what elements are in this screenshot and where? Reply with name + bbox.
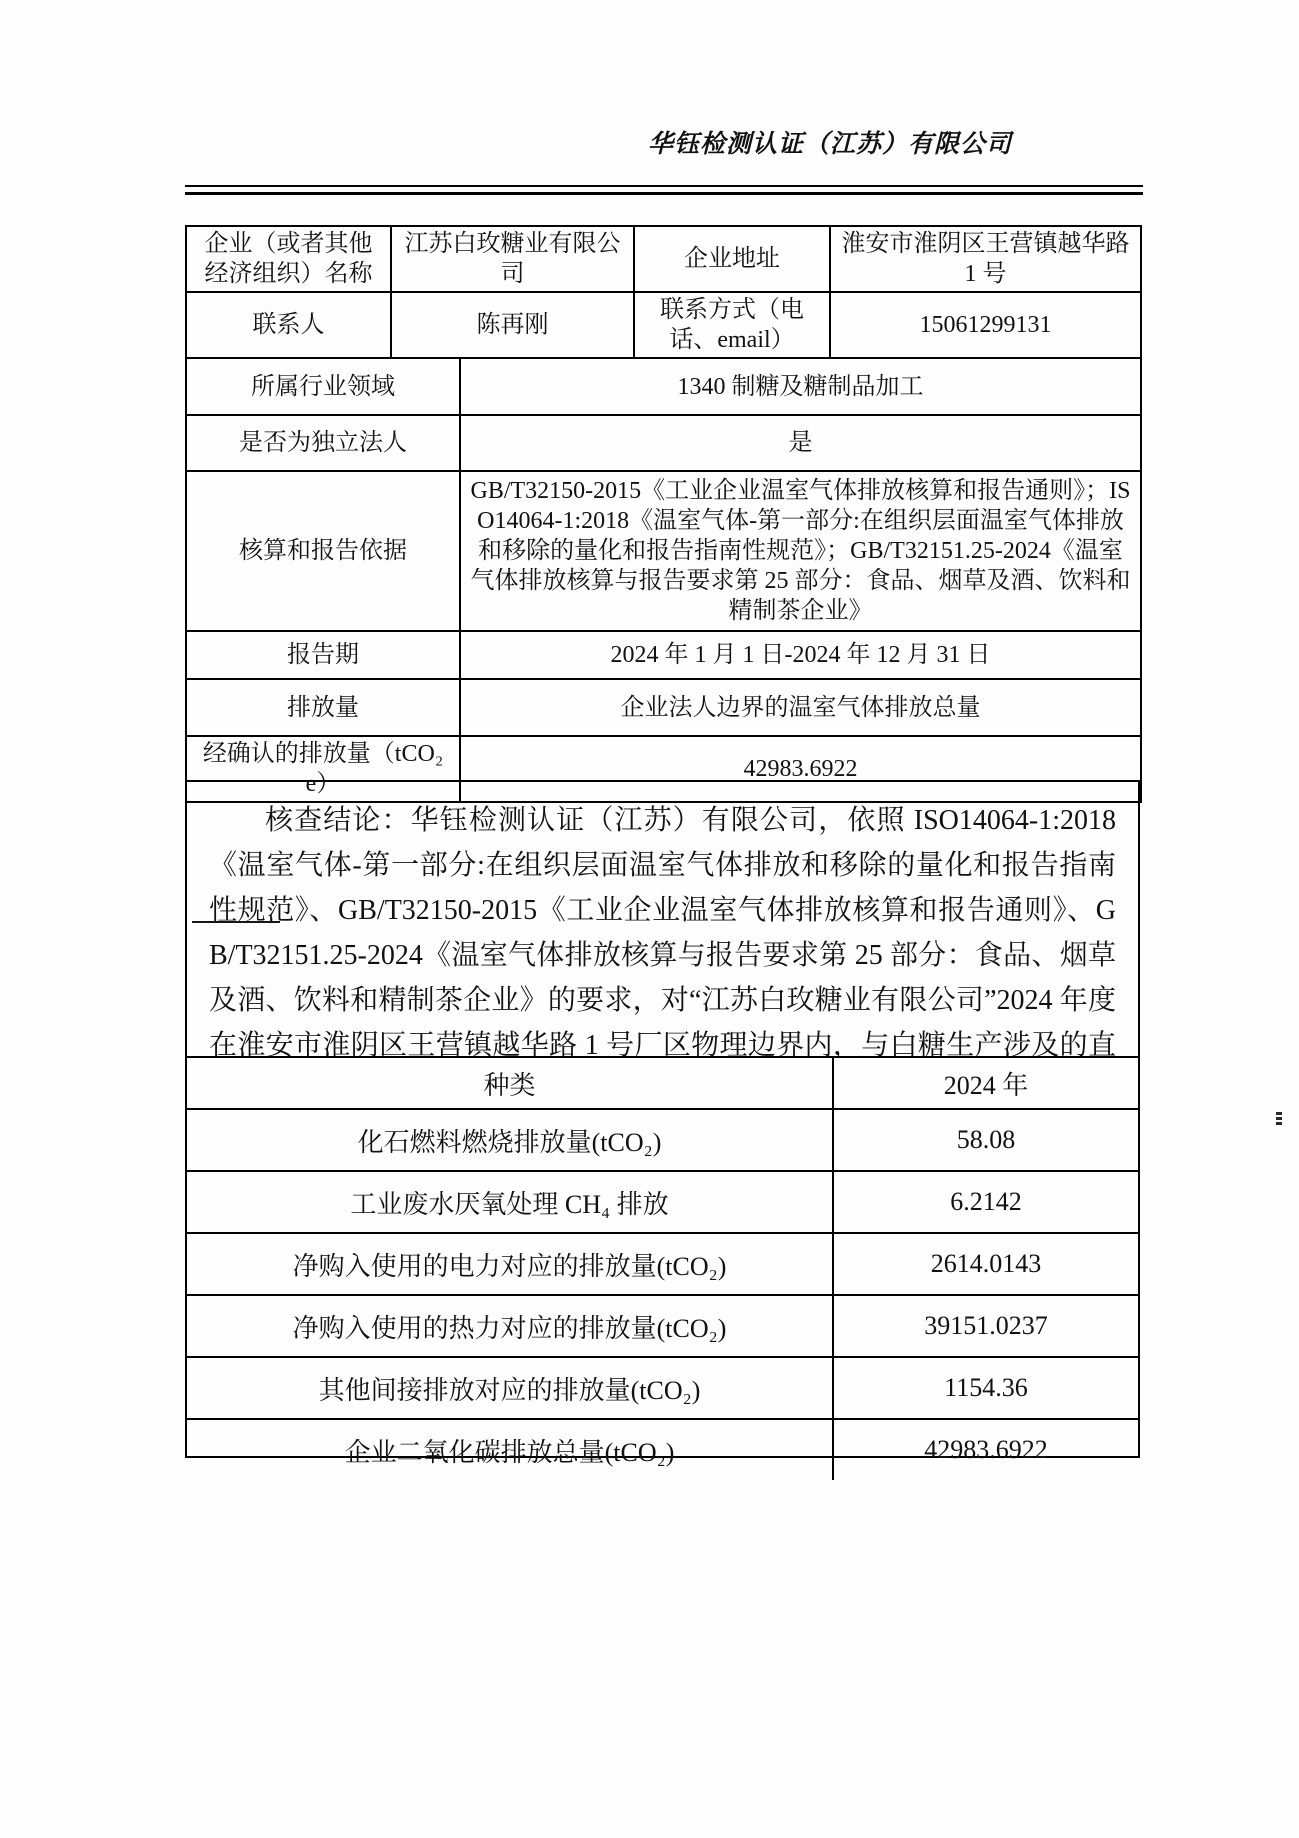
contact-person-label: 联系人 — [186, 292, 391, 358]
basis-label: 核算和报告依据 — [186, 471, 460, 631]
contact-person-value: 陈再刚 — [391, 292, 634, 358]
emission-value: 42983.6922 — [833, 1419, 1138, 1480]
emission-value: 1154.36 — [833, 1357, 1138, 1419]
industry-value: 1340 制糖及糖制品加工 — [460, 358, 1141, 415]
table-row: 核算和报告依据 GB/T32150-2015《工业企业温室气体排放核算和报告通则… — [186, 471, 1141, 631]
table-row: 报告期 2024 年 1 月 1 日-2024 年 12 月 31 日 — [186, 631, 1141, 679]
scan-speck-artifact — [1276, 1112, 1282, 1127]
verification-conclusion-box: 核查结论：华钰检测认证（江苏）有限公司，依照 ISO14064-1:2018《温… — [185, 780, 1140, 1458]
verification-conclusion-paragraph: 核查结论：华钰检测认证（江苏）有限公司，依照 ISO14064-1:2018《温… — [187, 782, 1138, 1056]
table-row: 企业（或者其他经济组织）名称 江苏白玫糖业有限公司 企业地址 淮安市淮阴区王营镇… — [186, 226, 1141, 292]
report-period-label: 报告期 — [186, 631, 460, 679]
table-row: 其他间接排放对应的排放量(tCO₂) 1154.36 — [187, 1357, 1138, 1419]
emission-category: 企业二氧化碳排放总量(tCO₂) — [187, 1419, 833, 1480]
table-row: 净购入使用的热力对应的排放量(tCO₂) 39151.0237 — [187, 1295, 1138, 1357]
category-column-header: 种类 — [187, 1057, 833, 1109]
company-name-label: 企业（或者其他经济组织）名称 — [186, 226, 391, 292]
emission-scope-label: 排放量 — [186, 679, 460, 736]
table-row: 联系人 陈再刚 联系方式（电话、email） 15061299131 — [186, 292, 1141, 358]
emission-value: 6.2142 — [833, 1171, 1138, 1233]
company-address-label: 企业地址 — [634, 226, 830, 292]
scan-underline-artifact — [192, 921, 280, 923]
emission-value: 2614.0143 — [833, 1233, 1138, 1295]
emission-category: 其他间接排放对应的排放量(tCO₂) — [187, 1357, 833, 1419]
table-row: 净购入使用的电力对应的排放量(tCO₂) 2614.0143 — [187, 1233, 1138, 1295]
emission-category: 化石燃料燃烧排放量(tCO₂) — [187, 1109, 833, 1171]
emission-value: 58.08 — [833, 1109, 1138, 1171]
emission-category: 净购入使用的电力对应的排放量(tCO₂) — [187, 1233, 833, 1295]
legal-person-label: 是否为独立法人 — [186, 415, 460, 471]
table-row: 排放量 企业法人边界的温室气体排放总量 — [186, 679, 1141, 736]
emission-category: 工业废水厌氧处理 CH₄ 排放 — [187, 1171, 833, 1233]
company-name-value: 江苏白玫糖业有限公司 — [391, 226, 634, 292]
emissions-summary-table: 种类 2024 年 化石燃料燃烧排放量(tCO₂) 58.08 工业废水厌氧处理… — [187, 1056, 1138, 1480]
table-row: 所属行业领域 1340 制糖及糖制品加工 — [186, 358, 1141, 415]
contact-method-label: 联系方式（电话、email） — [634, 292, 830, 358]
table-header-row: 种类 2024 年 — [187, 1057, 1138, 1109]
table-row: 化石燃料燃烧排放量(tCO₂) 58.08 — [187, 1109, 1138, 1171]
emission-value: 39151.0237 — [833, 1295, 1138, 1357]
emission-scope-value: 企业法人边界的温室气体排放总量 — [460, 679, 1141, 736]
company-address-value: 淮安市淮阴区王营镇越华路 1 号 — [830, 226, 1141, 292]
company-info-table: 企业（或者其他经济组织）名称 江苏白玫糖业有限公司 企业地址 淮安市淮阴区王营镇… — [185, 225, 1142, 803]
page-title: 华钰检测认证（江苏）有限公司 — [648, 124, 1012, 160]
scanned-report-page: 华钰检测认证（江苏）有限公司 企业（或者其他经济组织）名称 江苏白玫糖业有限公司… — [0, 0, 1299, 1838]
legal-person-value: 是 — [460, 415, 1141, 471]
table-row: 工业废水厌氧处理 CH₄ 排放 6.2142 — [187, 1171, 1138, 1233]
year-column-header: 2024 年 — [833, 1057, 1138, 1109]
header-divider — [185, 185, 1143, 195]
report-period-value: 2024 年 1 月 1 日-2024 年 12 月 31 日 — [460, 631, 1141, 679]
table-row: 是否为独立法人 是 — [186, 415, 1141, 471]
basis-value: GB/T32150-2015《工业企业温室气体排放核算和报告通则》；ISO140… — [460, 471, 1141, 631]
industry-label: 所属行业领域 — [186, 358, 460, 415]
table-row: 企业二氧化碳排放总量(tCO₂) 42983.6922 — [187, 1419, 1138, 1480]
emission-category: 净购入使用的热力对应的排放量(tCO₂) — [187, 1295, 833, 1357]
contact-method-value: 15061299131 — [830, 292, 1141, 358]
